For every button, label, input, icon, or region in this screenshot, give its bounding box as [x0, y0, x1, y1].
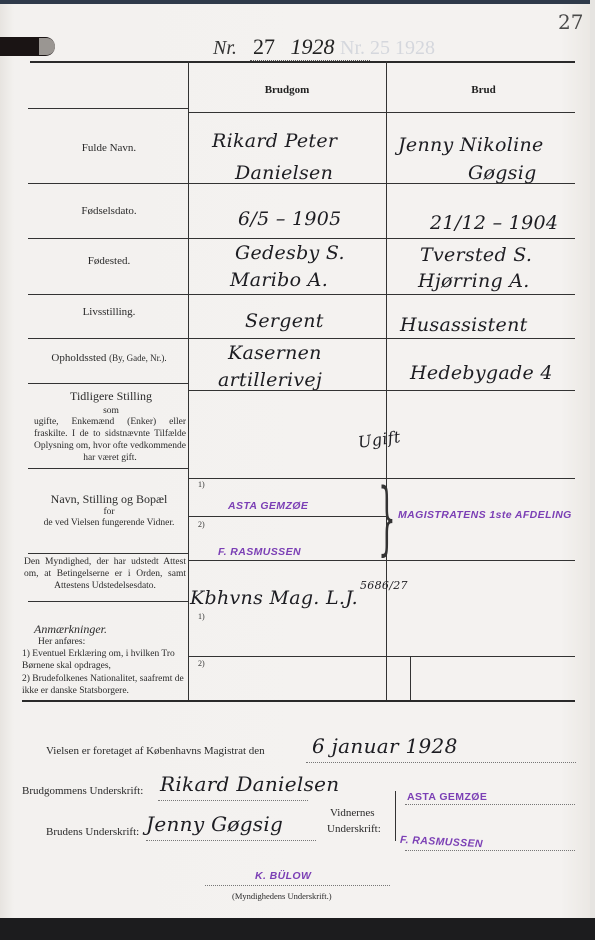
row-rule	[28, 383, 188, 384]
page-edge	[590, 0, 595, 940]
groom-birth-place-line2: Maribo A.	[230, 271, 328, 290]
row-rule	[28, 601, 188, 602]
label-witnesses-title: Navn, Stilling og Bopæl	[30, 492, 188, 507]
witness-1-signature-line	[405, 804, 575, 805]
groom-residence-line1: Kasernen	[228, 344, 322, 363]
row-rule	[28, 183, 575, 184]
bride-occupation: Husassistent	[400, 316, 528, 335]
label-birth-date: Fødselsdato.	[30, 205, 188, 219]
label-full-name: Fulde Navn.	[30, 142, 188, 156]
bride-signature-line	[146, 840, 316, 841]
groom-residence-line2: artillerivej	[218, 371, 322, 390]
witness-1-stamp: ASTA GEMZØE	[228, 500, 308, 512]
groom-name-line2: Danielsen	[235, 164, 333, 183]
record-number: 27	[253, 34, 275, 59]
remarks-marker-2: 2)	[198, 659, 205, 668]
label-occupation: Livsstilling.	[30, 306, 188, 320]
column-header-groom: Brudgom	[188, 84, 386, 96]
authority-signature-label: (Myndighedens Underskrift.)	[232, 891, 332, 901]
ceremony-text: Vielsen er foretaget af Københavns Magis…	[46, 745, 265, 757]
scan-bottom-edge	[0, 918, 595, 940]
record-number-label: Nr.	[213, 37, 237, 60]
column-header-bride: Brud	[386, 84, 581, 96]
label-remarks-item-1: 1) Eventuel Erklæring om, i hvilken Tro …	[22, 649, 186, 673]
groom-signature: Rikard Danielsen	[160, 774, 339, 794]
authority-reference: 5686/27	[360, 580, 408, 591]
authority-signature-stamp: K. BÜLOW	[255, 870, 311, 882]
bookmark-ribbon	[0, 37, 55, 56]
label-authority: Den Myndighed, der har udstedt Attest om…	[24, 557, 186, 593]
bride-name-line2: Gøgsig	[468, 164, 537, 183]
row-rule	[188, 390, 575, 391]
witness-2-signature-stamp: F. RASMUSSEN	[400, 834, 483, 850]
remarks-marker-1: 1)	[198, 612, 205, 621]
row-rule	[28, 468, 188, 469]
label-previous-status-title: Tidligere Stilling	[34, 389, 188, 404]
witnesses-signature-label-2: Underskrift:	[327, 823, 381, 835]
label-remarks-item-2: 2) Brudefolkenes Nationalitet, saafremt …	[22, 674, 186, 698]
groom-signature-label: Brudgommens Underskrift:	[22, 785, 143, 797]
bride-birth-date: 21/12 – 1904	[430, 214, 558, 233]
ceremony-date: 6 januar 1928	[312, 736, 458, 756]
groom-name-line1: Rikard Peter	[212, 132, 337, 151]
row-rule	[28, 108, 188, 109]
witnesses-signature-label-1: Vidnernes	[330, 807, 375, 819]
ceremony-date-line	[306, 762, 576, 763]
label-residence-suffix: (By, Gade, Nr.).	[109, 353, 166, 363]
bride-signature-label: Brudens Underskrift:	[46, 826, 139, 838]
bride-birth-place-line2: Hjørring A.	[418, 272, 530, 291]
header-rule	[30, 61, 575, 63]
witness-2-stamp: F. RASMUSSEN	[218, 546, 301, 558]
witnesses-signature-bracket	[395, 791, 396, 841]
groom-birth-place-line1: Gedesby S.	[235, 244, 345, 263]
authority-value: Kbhvns Mag. L.J.	[190, 589, 358, 608]
label-residence-main: Opholdssted	[51, 352, 106, 364]
bride-name-line1: Jenny Nikoline	[398, 136, 544, 155]
row-rule	[188, 112, 575, 113]
bride-signature: Jenny Gøgsig	[146, 814, 283, 834]
table-bottom-rule	[22, 700, 575, 702]
label-residence: Opholdssted (By, Gade, Nr.).	[30, 352, 188, 366]
label-remarks-intro: Her anføres:	[38, 637, 85, 649]
row-rule	[28, 238, 575, 239]
label-witnesses-body: de ved Vielsen fungerende Vidner.	[30, 518, 188, 530]
row-rule	[28, 553, 188, 554]
remarks-divider	[410, 656, 411, 700]
groom-birth-date: 6/5 – 1905	[238, 210, 342, 229]
witness-divider	[188, 516, 386, 517]
column-divider-left	[188, 61, 189, 701]
row-rule	[28, 338, 575, 339]
label-previous-status-body: ugifte, Enkemænd (Enker) eller fraskilte…	[34, 417, 186, 465]
column-divider-right	[386, 61, 387, 701]
bride-residence: Hedebygade 4	[410, 364, 553, 383]
register-page: Nr. 25 1928 27 Nr. 27 1928 Brudgom Brud …	[0, 4, 590, 922]
record-year: 1928	[291, 34, 335, 59]
groom-signature-line	[158, 800, 308, 801]
witness-2-signature-line	[405, 850, 575, 851]
row-rule	[188, 656, 575, 657]
witness-brace: }	[378, 478, 396, 558]
witness-marker-2: 2)	[198, 520, 205, 529]
authority-signature-line	[205, 885, 390, 886]
previous-status-value: Ugift	[357, 429, 402, 451]
row-rule	[28, 294, 575, 295]
witness-marker-1: 1)	[198, 480, 205, 489]
witness-1-signature-stamp: ASTA GEMZØE	[407, 791, 487, 803]
groom-occupation: Sergent	[245, 312, 324, 331]
row-rule	[188, 560, 575, 561]
label-remarks-title: Anmærkninger.	[34, 622, 107, 637]
label-birth-place: Fødested.	[30, 255, 188, 269]
bride-birth-place-line1: Tversted S.	[420, 246, 532, 265]
magistrate-address-stamp: MAGISTRATENS 1ste AFDELING	[398, 509, 572, 521]
page-number: 27	[558, 10, 583, 34]
record-number-field: 27 1928	[250, 34, 370, 61]
